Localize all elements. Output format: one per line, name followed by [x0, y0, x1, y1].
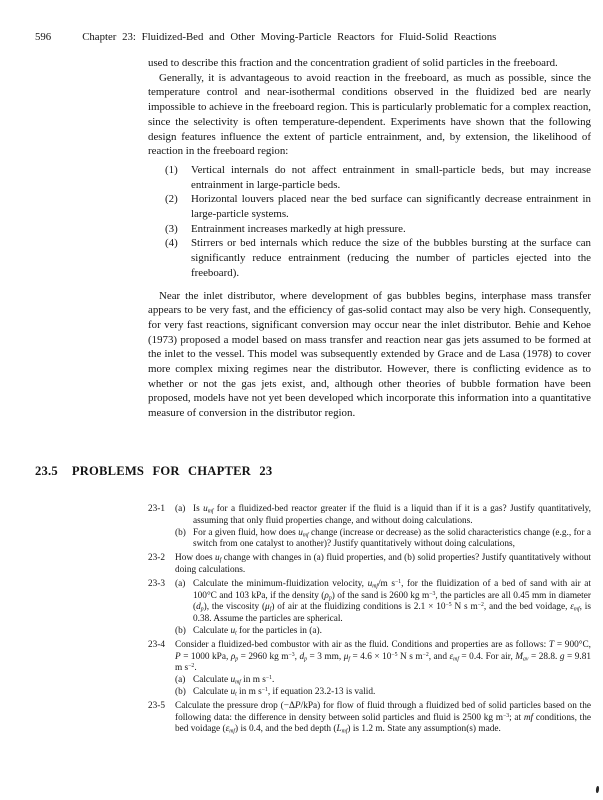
- problem-body: How does uf change with changes in (a) f…: [175, 553, 591, 577]
- list-item-number: (4): [165, 236, 191, 280]
- problem-body: Consider a fluidized-bed combustor with …: [175, 640, 591, 699]
- list-item: (3) Entrainment increases markedly at hi…: [165, 222, 591, 237]
- problem-body: (a) Calculate the minimum-fluidization v…: [175, 579, 591, 638]
- problem-number: 23-5: [148, 701, 175, 736]
- list-item-text: Vertical internals do not affect entrain…: [191, 163, 591, 192]
- part-text: Calculate umf in m s−1.: [193, 675, 591, 687]
- problem-part: (a) Calculate umf in m s−1.: [175, 675, 591, 687]
- part-label: (b): [175, 626, 193, 638]
- problem-number: 23-2: [148, 553, 175, 577]
- problem-part: (a) Is umf for a fluidized-bed reactor g…: [175, 504, 591, 528]
- scan-artifact: [596, 786, 600, 793]
- list-item: (1) Vertical internals do not affect ent…: [165, 163, 591, 192]
- part-text: How does uf change with changes in (a) f…: [175, 553, 591, 577]
- problem-part: Calculate the pressure drop (−ΔP/kPa) fo…: [175, 701, 591, 736]
- part-label: (a): [175, 579, 193, 626]
- part-label: (a): [175, 675, 193, 687]
- problem-body: Calculate the pressure drop (−ΔP/kPa) fo…: [175, 701, 591, 736]
- problems-list: 23-1 (a) Is umf for a fluidized-bed reac…: [148, 504, 591, 738]
- part-text: Calculate the pressure drop (−ΔP/kPa) fo…: [175, 701, 591, 736]
- running-header: 596Chapter 23: Fluidized-Bed and Other M…: [35, 31, 589, 43]
- list-item-number: (2): [165, 192, 191, 221]
- part-text: Calculate ut in m s−1, if equation 23.2-…: [193, 687, 591, 699]
- problem: 23-2 How does uf change with changes in …: [148, 553, 591, 577]
- paragraph-freeboard: used to describe this fraction and the c…: [148, 56, 591, 71]
- body-text: used to describe this fraction and the c…: [148, 56, 591, 421]
- problem-part: (b) Calculate ut in m s−1, if equation 2…: [175, 687, 591, 699]
- part-label: (a): [175, 504, 193, 528]
- problem-part: (b) For a given fluid, how does umf chan…: [175, 528, 591, 552]
- list-item-number: (1): [165, 163, 191, 192]
- problem-number: 23-3: [148, 579, 175, 638]
- part-text: Is umf for a fluidized-bed reactor great…: [193, 504, 591, 528]
- section-number: 23.5: [35, 464, 58, 478]
- list-item-text: Entrainment increases markedly at high p…: [191, 222, 591, 237]
- section-title: PROBLEMS FOR CHAPTER 23: [72, 464, 272, 478]
- list-item-text: Horizontal louvers placed near the bed s…: [191, 192, 591, 221]
- problem: 23-5 Calculate the pressure drop (−ΔP/kP…: [148, 701, 591, 736]
- chapter-title: Chapter 23: Fluidized-Bed and Other Movi…: [82, 31, 496, 43]
- problem-number: 23-1: [148, 504, 175, 551]
- problem-part: (b) Calculate ut for the particles in (a…: [175, 626, 591, 638]
- part-text: Calculate ut for the particles in (a).: [193, 626, 591, 638]
- paragraph-inlet-distributor: Near the inlet distributor, where develo…: [148, 289, 591, 421]
- problem-body: (a) Is umf for a fluidized-bed reactor g…: [175, 504, 591, 551]
- problem: 23-1 (a) Is umf for a fluidized-bed reac…: [148, 504, 591, 551]
- part-label: (b): [175, 687, 193, 699]
- list-item-text: Stirrers or bed internals which reduce t…: [191, 236, 591, 280]
- problem-part: (a) Calculate the minimum-fluidization v…: [175, 579, 591, 626]
- problem-part: Consider a fluidized-bed combustor with …: [175, 640, 591, 675]
- paragraph-generally: Generally, it is advantageous to avoid r…: [148, 71, 591, 159]
- list-item: (2) Horizontal louvers placed near the b…: [165, 192, 591, 221]
- page-number: 596: [35, 31, 51, 43]
- problem-part: How does uf change with changes in (a) f…: [175, 553, 591, 577]
- problem: 23-3 (a) Calculate the minimum-fluidizat…: [148, 579, 591, 638]
- part-text: Consider a fluidized-bed combustor with …: [175, 640, 591, 675]
- part-label: (b): [175, 528, 193, 552]
- problem-number: 23-4: [148, 640, 175, 699]
- problem: 23-4 Consider a fluidized-bed combustor …: [148, 640, 591, 699]
- design-features-list: (1) Vertical internals do not affect ent…: [165, 163, 591, 281]
- book-page: 596Chapter 23: Fluidized-Bed and Other M…: [0, 0, 603, 800]
- list-item: (4) Stirrers or bed internals which redu…: [165, 236, 591, 280]
- part-text: Calculate the minimum-fluidization veloc…: [193, 579, 591, 626]
- part-text: For a given fluid, how does umf change (…: [193, 528, 591, 552]
- section-heading: 23.5PROBLEMS FOR CHAPTER 23: [35, 464, 272, 479]
- list-item-number: (3): [165, 222, 191, 237]
